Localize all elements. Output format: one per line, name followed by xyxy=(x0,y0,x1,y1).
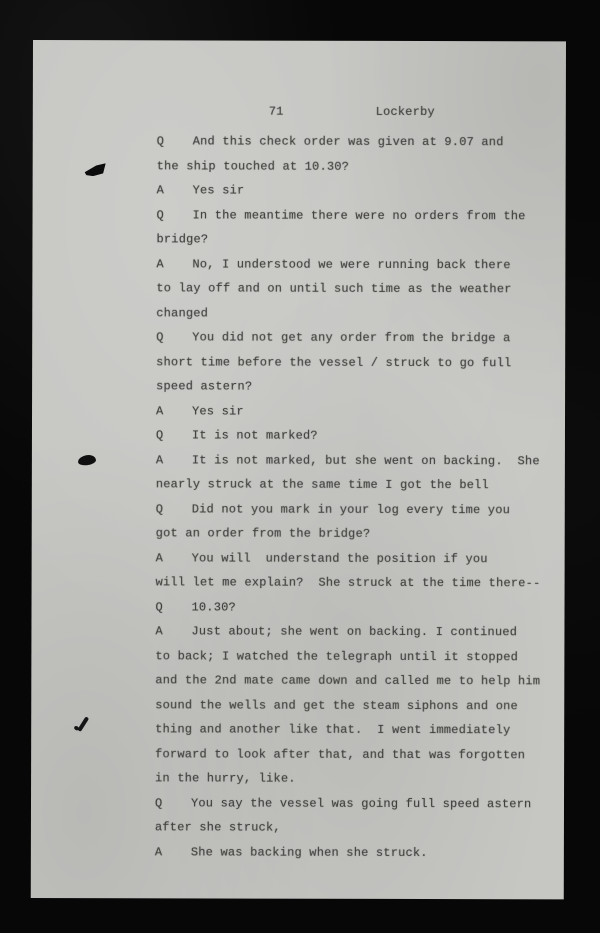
speaker-label: A xyxy=(156,551,192,565)
line-text: will let me explain? She struck at the t… xyxy=(156,575,541,590)
speaker-label: Q xyxy=(156,502,192,516)
witness-name: Lockerby xyxy=(376,105,435,119)
line-text: to lay off and on until such time as the… xyxy=(156,281,511,296)
transcript-line-continuation: forward to look after that, and that was… xyxy=(155,747,550,773)
line-text: Yes sir xyxy=(193,183,245,197)
transcript-line: AYes sir xyxy=(156,404,551,430)
document-page: 71Lockerby QAnd this check order was giv… xyxy=(31,40,566,899)
transcript-line: AYes sir xyxy=(157,183,552,209)
transcript-line: AYou will understand the position if you xyxy=(156,551,551,577)
scan-background: 71Lockerby QAnd this check order was giv… xyxy=(0,0,600,933)
transcript-line: ANo, I understood we were running back t… xyxy=(156,257,551,283)
transcript-line: QAnd this check order was given at 9.07 … xyxy=(157,134,552,160)
transcript-line-continuation: nearly struck at the same time I got the… xyxy=(156,477,551,503)
transcript-line-continuation: will let me explain? She struck at the t… xyxy=(156,575,551,601)
transcript-line-continuation: thing and another like that. I went imme… xyxy=(155,722,550,748)
page-content: 71Lockerby QAnd this check order was giv… xyxy=(155,104,552,870)
line-text: You will understand the position if you xyxy=(192,551,488,566)
line-text: She was backing when she struck. xyxy=(191,845,428,860)
line-text: bridge? xyxy=(156,232,208,246)
speaker-label: A xyxy=(156,257,192,271)
line-text: the ship touched at 10.30? xyxy=(157,159,349,174)
speaker-label: Q xyxy=(156,330,192,344)
transcript-line: QIt is not marked? xyxy=(156,428,551,454)
transcript-line-continuation: to lay off and on until such time as the… xyxy=(156,281,551,307)
transcript-line: QIn the meantime there were no orders fr… xyxy=(156,208,551,234)
transcript-line-continuation: sound the wells and get the steam siphon… xyxy=(155,698,550,724)
line-text: after she struck, xyxy=(155,820,281,834)
speaker-label: A xyxy=(156,453,192,467)
speaker-label: A xyxy=(157,183,193,197)
transcript-line-continuation: speed astern? xyxy=(156,379,551,405)
transcript-line: QDid not you mark in your log every time… xyxy=(156,502,551,528)
line-text: short time before the vessel / struck to… xyxy=(156,355,511,370)
speaker-label: Q xyxy=(155,600,191,614)
line-text: changed xyxy=(156,306,208,320)
line-text: It is not marked, but she went on backin… xyxy=(192,453,540,468)
speaker-label: Q xyxy=(157,134,193,148)
line-text: speed astern? xyxy=(156,379,252,393)
line-text: sound the wells and get the steam siphon… xyxy=(155,698,518,713)
transcript-line-continuation: in the hurry, like. xyxy=(155,771,550,797)
transcript-line: QYou did not get any order from the brid… xyxy=(156,330,551,356)
transcript-line-continuation: changed xyxy=(156,306,551,332)
ink-blot-icon xyxy=(85,163,106,176)
line-text: and the 2nd mate came down and called me… xyxy=(155,673,540,688)
line-text: And this check order was given at 9.07 a… xyxy=(193,134,504,149)
line-text: thing and another like that. I went imme… xyxy=(155,722,510,737)
transcript-line-continuation: and the 2nd mate came down and called me… xyxy=(155,673,550,699)
line-text: nearly struck at the same time I got the… xyxy=(156,477,489,492)
line-text: in the hurry, like. xyxy=(155,771,296,785)
ink-mark-icon xyxy=(77,716,89,732)
transcript-line: AIt is not marked, but she went on backi… xyxy=(156,453,551,479)
transcript-line-continuation: to back; I watched the telegraph until i… xyxy=(155,649,550,675)
transcript-line: AJust about; she went on backing. I cont… xyxy=(155,624,550,650)
transcript-line-continuation: after she struck, xyxy=(155,820,550,846)
line-text: Yes sir xyxy=(192,404,244,418)
line-text: It is not marked? xyxy=(192,428,318,442)
line-text: In the meantime there were no orders fro… xyxy=(193,208,526,223)
line-text: got an order from the bridge? xyxy=(156,526,371,541)
ink-blot-icon xyxy=(77,454,96,466)
page-number: 71 xyxy=(269,105,284,119)
line-text: You did not get any order from the bridg… xyxy=(192,330,510,345)
transcript-lines: QAnd this check order was given at 9.07 … xyxy=(155,134,552,870)
speaker-label: Q xyxy=(156,428,192,442)
line-text: to back; I watched the telegraph until i… xyxy=(155,649,518,664)
line-text: forward to look after that, and that was… xyxy=(155,747,525,762)
line-text: Just about; she went on backing. I conti… xyxy=(191,624,517,639)
transcript-line-continuation: short time before the vessel / struck to… xyxy=(156,355,551,381)
line-text: You say the vessel was going full speed … xyxy=(191,796,532,811)
speaker-label: A xyxy=(155,624,191,638)
transcript-line-continuation: the ship touched at 10.30? xyxy=(157,159,552,185)
transcript-line-continuation: got an order from the bridge? xyxy=(156,526,551,552)
speaker-label: Q xyxy=(155,796,191,810)
page-header-row: 71Lockerby xyxy=(157,104,552,135)
transcript-line: QYou say the vessel was going full speed… xyxy=(155,796,550,822)
transcript-line: AShe was backing when she struck. xyxy=(155,845,550,871)
speaker-label: A xyxy=(156,404,192,418)
transcript-line: Q10.30? xyxy=(155,600,550,626)
line-text: No, I understood we were running back th… xyxy=(192,257,510,272)
transcript-line-continuation: bridge? xyxy=(156,232,551,258)
speaker-label: Q xyxy=(157,208,193,222)
line-text: 10.30? xyxy=(191,600,235,614)
speaker-label: A xyxy=(155,845,191,859)
line-text: Did not you mark in your log every time … xyxy=(192,502,510,517)
